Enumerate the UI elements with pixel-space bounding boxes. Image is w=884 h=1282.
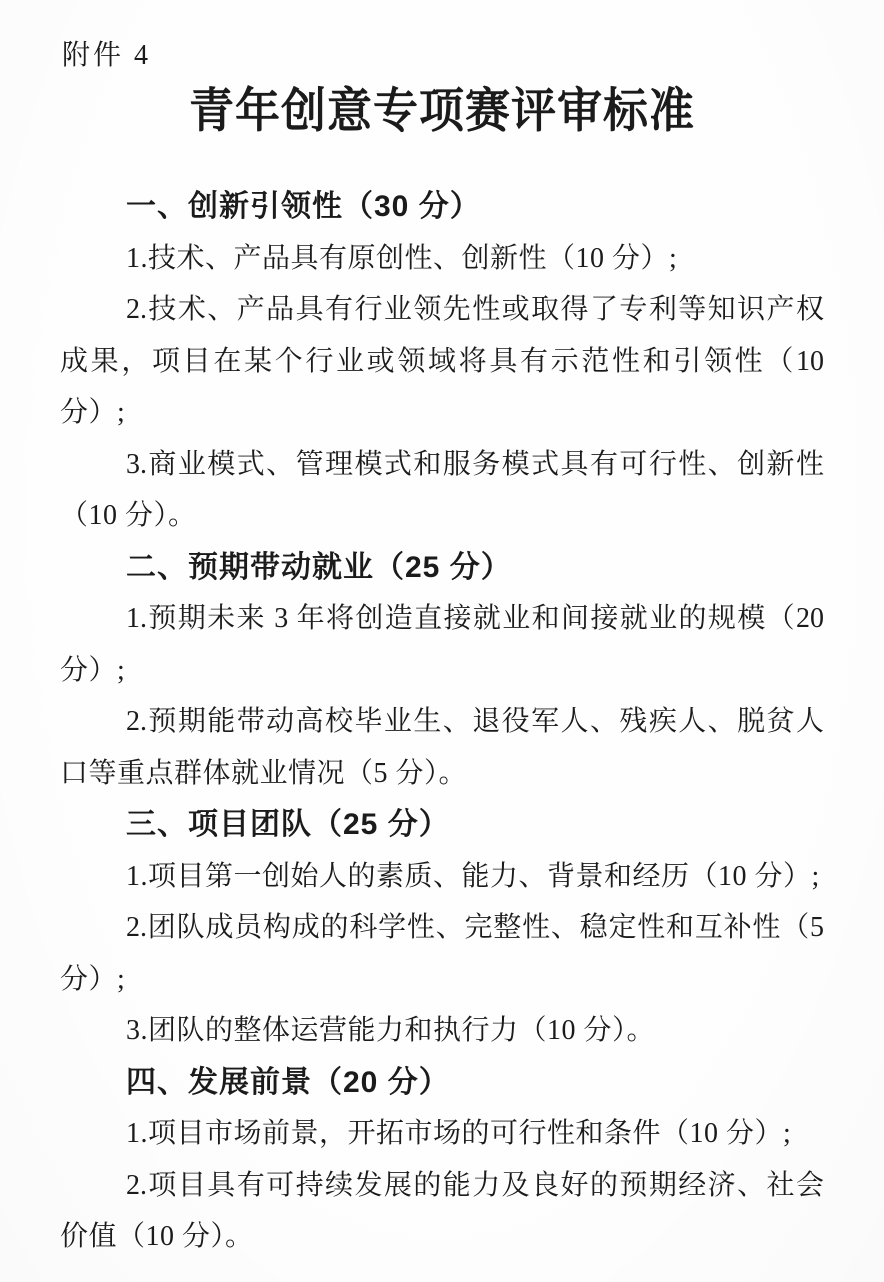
- body-line: 成果，项目在某个行业或领域将具有示范性和引领性（10: [60, 336, 824, 388]
- body-line: 口等重点群体就业情况（5 分）。: [60, 748, 824, 800]
- body-line: 1.预期未来 3 年将创造直接就业和间接就业的规模（20: [60, 593, 824, 645]
- body-line: 1.项目第一创始人的素质、能力、背景和经历（10 分）;: [60, 851, 824, 903]
- attachment-label: 附件 4: [62, 33, 151, 73]
- body-line: 3.商业模式、管理模式和服务模式具有可行性、创新性: [60, 439, 824, 491]
- body-line: 价值（10 分）。: [60, 1211, 824, 1263]
- body-line: 2.团队成员构成的科学性、完整性、稳定性和互补性（5: [60, 902, 824, 954]
- body-line: 分）;: [60, 954, 824, 1006]
- section-heading: 四、发展前景（20 分）: [60, 1057, 824, 1109]
- body-line: （10 分）。: [60, 490, 824, 542]
- body-line: 分）;: [60, 387, 824, 439]
- body-line: 2.技术、产品具有行业领先性或取得了专利等知识产权: [60, 284, 824, 336]
- document-page: 附件 4 青年创意专项赛评审标准 一、创新引领性（30 分）1.技术、产品具有原…: [0, 0, 884, 1282]
- body-line: 分）;: [60, 645, 824, 697]
- section-heading: 三、项目团队（25 分）: [60, 799, 824, 851]
- body-line: 1.技术、产品具有原创性、创新性（10 分）;: [60, 233, 824, 285]
- body-line: 2.项目具有可持续发展的能力及良好的预期经济、社会: [60, 1160, 824, 1212]
- body-line: 2.预期能带动高校毕业生、退役军人、残疾人、脱贫人: [60, 696, 824, 748]
- body-line: 1.项目市场前景，开拓市场的可行性和条件（10 分）;: [60, 1108, 824, 1160]
- body-line: 3.团队的整体运营能力和执行力（10 分）。: [60, 1005, 824, 1057]
- document-body: 一、创新引领性（30 分）1.技术、产品具有原创性、创新性（10 分）;2.技术…: [60, 181, 824, 1263]
- section-heading: 一、创新引领性（30 分）: [60, 181, 824, 233]
- section-heading: 二、预期带动就业（25 分）: [60, 542, 824, 594]
- document-title: 青年创意专项赛评审标准: [0, 72, 884, 141]
